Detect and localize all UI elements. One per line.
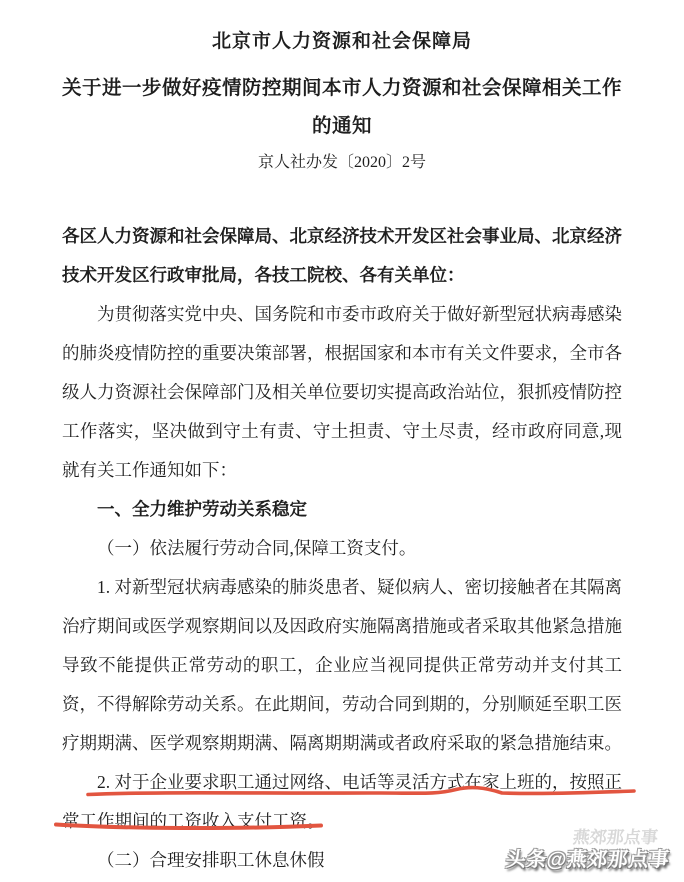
paragraph-preamble: 为贯彻落实党中央、国务院和市委市政府关于做好新型冠状病毒感染的肺炎疫情防控的重要… bbox=[62, 295, 622, 490]
subsection-heading-1: （一）依法履行劳动合同,保障工资支付。 bbox=[62, 529, 622, 568]
document-body: 各区人力资源和社会保障局、北京经济技术开发区社会事业局、北京经济技术开发区行政审… bbox=[62, 217, 622, 880]
notice-title-line-1: 关于进一步做好疫情防控期间本市人力资源和社会保障相关工作 bbox=[62, 78, 622, 99]
document-number: 京人社办发〔2020〕2号 bbox=[0, 153, 684, 173]
section-heading-1: 一、全力维护劳动关系稳定 bbox=[62, 490, 622, 529]
document-header: 北京市人力资源和社会保障局 关于进一步做好疫情防控期间本市人力资源和社会保障相关… bbox=[0, 30, 684, 173]
document-page: 北京市人力资源和社会保障局 关于进一步做好疫情防控期间本市人力资源和社会保障相关… bbox=[0, 0, 684, 882]
notice-title-line-2: 的通知 bbox=[312, 116, 372, 137]
paragraph-item-1: 1. 对新型冠状病毒感染的肺炎患者、疑似病人、密切接触者在其隔离治疗期间或医学观… bbox=[62, 568, 622, 763]
toutiao-watermark: 燕郊那点事 头条@燕郊那点事 bbox=[460, 822, 680, 878]
highlighted-paragraph-line-1: 2. 对于企业要求职工通过网络、电话等灵活方式在家上班的，按照正 bbox=[62, 763, 622, 802]
salutation: 各区人力资源和社会保障局、北京经济技术开发区社会事业局、北京经济技术开发区行政审… bbox=[62, 217, 622, 295]
notice-title: 关于进一步做好疫情防控期间本市人力资源和社会保障相关工作 的通知 bbox=[30, 70, 654, 146]
issuing-org: 北京市人力资源和社会保障局 bbox=[0, 30, 684, 54]
watermark-main-text: 头条@燕郊那点事 bbox=[505, 843, 672, 872]
